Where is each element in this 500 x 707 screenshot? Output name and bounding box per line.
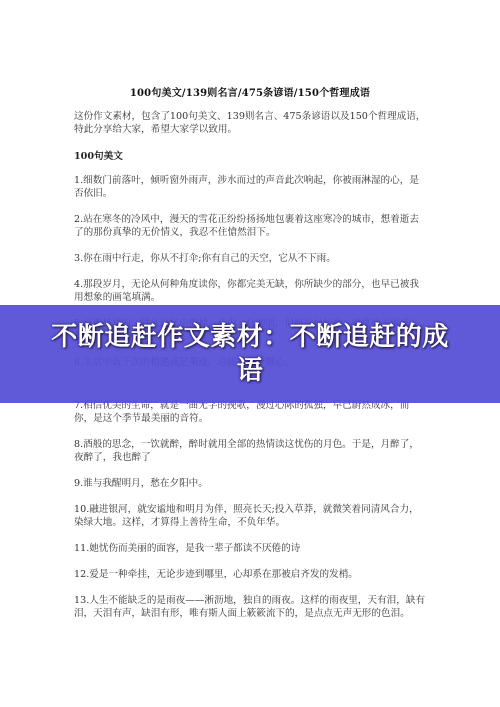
list-item: 13.人生不能缺乏的是雨夜——淅沥地，独自的雨夜。这样的雨夜里，天有泪，缺有泪，… (74, 594, 426, 620)
list-item: 10.融进银河，就安谧地和明月为伴，照亮长天;投入草莽，就微笑着同清风合力，染绿… (74, 503, 426, 529)
section-heading: 100句美文 (74, 150, 426, 163)
title-banner: 不断追赶作文素材：不断追赶的成语 (0, 305, 500, 403)
intro-paragraph: 这份作文素材，包含了100句美文、139则名言、475条谚语以及150个哲理成语… (74, 110, 426, 136)
list-item: 11.她忧伤而美丽的面容，是我一辈子都读不厌倦的诗 (74, 542, 426, 555)
list-item: 1.细数门前落叶，倾听窗外雨声，涉水而过的声音此次响起，你被雨淋湿的心，是否依旧… (74, 174, 426, 200)
banner-title: 不断追赶作文素材：不断追赶的成语 (40, 320, 460, 388)
list-item: 2.站在寒冬的冷风中，漫天的雪花正纷纷扬扬地包裹着这座寒冷的城市，想着逝去了的那… (74, 213, 426, 239)
list-item: 12.爱是一种牵挂，无论步迹到哪里，心却系在那被启齐发的发梢。 (74, 568, 426, 581)
list-item: 3.你在雨中行走，你从不打伞;你有自己的天空，它从不下雨。 (74, 252, 426, 265)
list-item: 4.那段岁月，无论从何种角度读你，你都完美无缺，你所缺少的部分，也早已被我用想象… (74, 278, 426, 304)
document-title: 100句美文/139则名言/475条谚语/150个哲理成语 (0, 84, 500, 99)
list-item: 8.酒般的思念，一饮就醉，醉时就用全部的热情读这忧伤的月色。于是，月醉了，夜醉了… (74, 438, 426, 464)
list-item: 9.谁与我醒明月，愁在夕阳中。 (74, 477, 426, 490)
